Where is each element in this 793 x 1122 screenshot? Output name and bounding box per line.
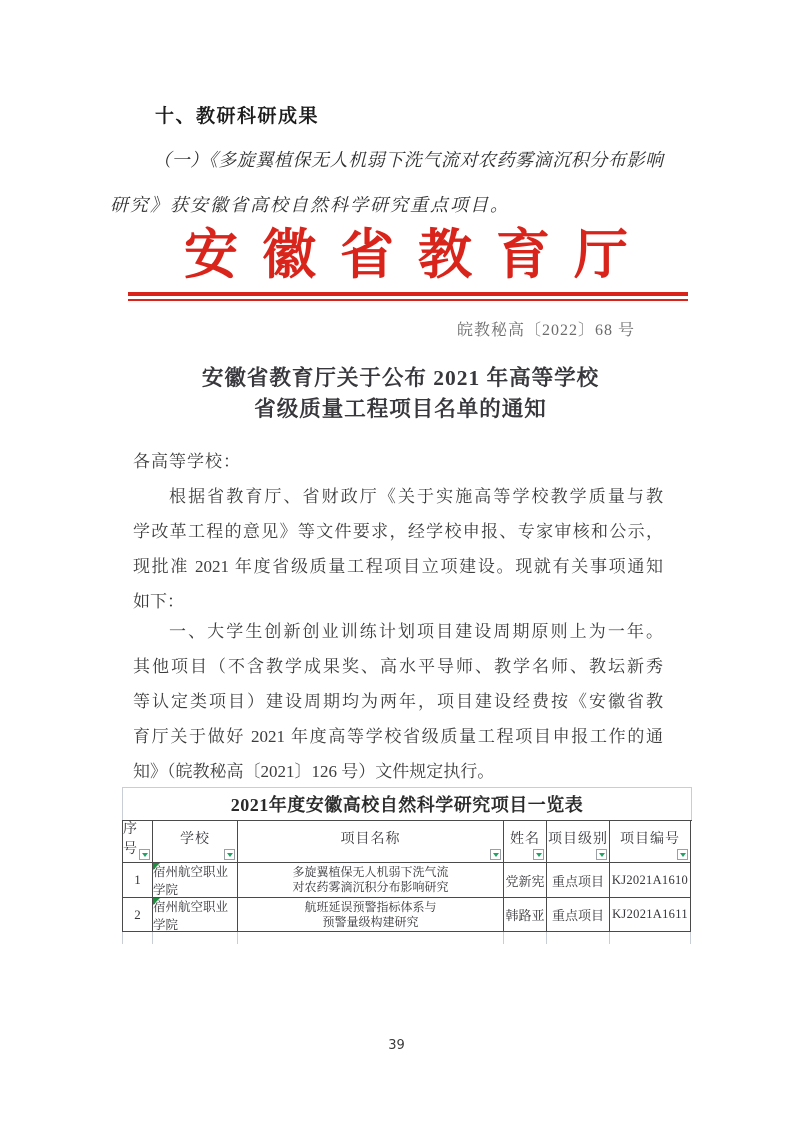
row1-code: KJ2021A1610 (610, 863, 691, 898)
para2-line-4: 育厅关于做好 2021 年度高等学校省级质量工程项目申报工作的通 (133, 722, 663, 747)
row2-name: 韩路亚 (504, 898, 547, 932)
banner-rule-thin (128, 299, 688, 301)
cell-flag-icon (153, 898, 160, 905)
partial-cell (123, 932, 153, 944)
section-heading: 十、教研科研成果 (155, 101, 319, 128)
partial-cell (153, 932, 238, 944)
row1-school: 宿州航空职业学院 (153, 863, 238, 898)
header-cell-name: 姓名 (504, 821, 547, 863)
row2-code: KJ2021A1611 (610, 898, 691, 932)
para2-line-3: 等认定类项目）建设周期均为两年，项目建设经费按《安徽省教 (133, 687, 663, 712)
filter-dropdown-icon (596, 849, 607, 860)
filter-dropdown-icon (139, 849, 150, 860)
para2-line-1: 一、大学生创新创业训练计划项目建设周期原则上为一年。 (133, 617, 663, 642)
page-number: 39 (0, 1038, 793, 1053)
filter-dropdown-icon (533, 849, 544, 860)
filter-dropdown-icon (224, 849, 235, 860)
row1-seq: 1 (123, 863, 153, 898)
row1-name: 党新宪 (504, 863, 547, 898)
para1-line-4: 如下： (133, 587, 663, 612)
row2-school: 宿州航空职业学院 (153, 898, 238, 932)
table-grid: 序号 学校 项目名称 姓名 项目级别 项目编号 (122, 820, 692, 932)
partial-grid-row (122, 932, 692, 944)
row2-level: 重点项目 (547, 898, 610, 932)
cell-flag-icon (153, 863, 160, 870)
intro-line-1: （一）《多旋翼植保无人机弱下洗气流对农药雾滴沉积分布影响 (110, 146, 663, 172)
notice-title-line-1: 安徽省教育厅关于公布 2021 年高等学校 (128, 361, 673, 392)
para1-line-1: 根据省教育厅、省财政厅《关于实施高等学校教学质量与教 (133, 482, 663, 507)
partial-cell (547, 932, 610, 944)
school-label: 宿州航空职业学院 (153, 862, 237, 898)
header-label: 姓名 (510, 828, 540, 848)
filter-dropdown-icon (677, 849, 688, 860)
intro-line-2: 研究》获安徽省高校自然科学研究重点项目。 (110, 191, 663, 217)
doc-number: 皖教秘高〔2022〕68 号 (457, 317, 635, 340)
filter-dropdown-icon (490, 849, 501, 860)
document-page: 十、教研科研成果 （一）《多旋翼植保无人机弱下洗气流对农药雾滴沉积分布影响 研究… (0, 0, 793, 1122)
para1-line-3: 现批准 2021 年度省级质量工程项目立项建设。现就有关事项通知 (133, 552, 663, 577)
header-label: 项目名称 (341, 828, 401, 848)
header-label: 项目级别 (548, 828, 608, 848)
partial-cell (238, 932, 504, 944)
para1-line-2: 学改革工程的意见》等文件要求，经学校申报、专家审核和公示， (133, 517, 663, 542)
para2-line-2: 其他项目（不含教学成果奖、高水平导师、教学名师、教坛新秀 (133, 652, 663, 677)
header-label: 学校 (180, 828, 210, 848)
row2-project: 航班延误预警指标体系与 预警量级构建研究 (238, 898, 504, 932)
projects-table: 2021年度安徽高校自然科学研究项目一览表 序号 学校 项目名称 姓名 项目级别 (122, 787, 692, 944)
salutation: 各高等学校： (133, 447, 663, 472)
partial-cell (610, 932, 691, 944)
notice-title-line-2: 省级质量工程项目名单的通知 (128, 392, 673, 423)
header-cell-seq: 序号 (123, 821, 153, 863)
table-title: 2021年度安徽高校自然科学研究项目一览表 (122, 787, 692, 820)
para2-line-5: 知》（皖教秘高〔2021〕126 号）文件规定执行。 (133, 757, 663, 782)
row2-seq: 2 (123, 898, 153, 932)
banner-rule-thick (128, 292, 688, 296)
header-cell-level: 项目级别 (547, 821, 610, 863)
row1-project: 多旋翼植保无人机弱下洗气流 对农药雾滴沉积分布影响研究 (238, 863, 504, 898)
row1-level: 重点项目 (547, 863, 610, 898)
school-label: 宿州航空职业学院 (153, 897, 237, 933)
header-cell-school: 学校 (153, 821, 238, 863)
partial-cell (504, 932, 547, 944)
header-label: 项目编号 (620, 828, 680, 848)
agency-banner: 安徽省教育厅 (128, 222, 688, 288)
header-cell-code: 项目编号 (610, 821, 691, 863)
header-cell-project: 项目名称 (238, 821, 504, 863)
